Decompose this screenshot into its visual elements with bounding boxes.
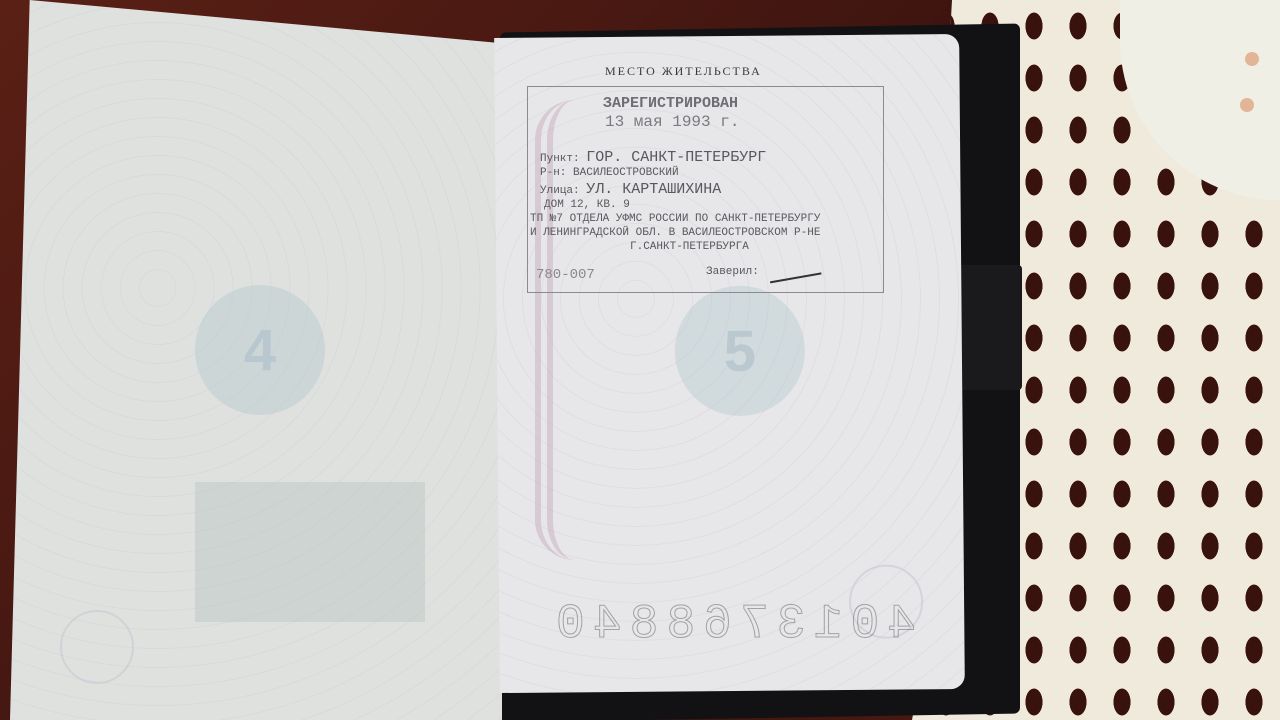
page-number-watermark: 4 [195, 285, 325, 415]
certified-label: Заверил: [706, 266, 759, 278]
stamp-label: Пункт: [540, 153, 580, 165]
doily-flower [1240, 98, 1254, 112]
stamp-street: УЛ. КАРТАШИХИНА [586, 181, 721, 198]
emblem-icon [60, 610, 134, 684]
stamp-label: Улица: [540, 185, 580, 197]
stamp-house: ДОМ 12, КВ. 9 [544, 199, 630, 211]
signature-mark [766, 253, 821, 284]
subdivision-code: 780-007 [536, 267, 595, 283]
stamp-authority-line: ТП №7 ОТДЕЛА УФМС РОССИИ ПО САНКТ-ПЕТЕРБ… [530, 213, 820, 225]
perforated-serial-number: 4013768840 [548, 598, 916, 652]
passport-left-page: 4 [10, 0, 502, 720]
photo-area-shadow [195, 482, 425, 622]
section-title: МЕСТО ЖИТЕЛЬСТВА [605, 64, 762, 79]
stamp-authority-line: И ЛЕНИНГРАДСКОЙ ОБЛ. В ВАСИЛЕОСТРОВСКОМ … [530, 227, 820, 239]
stamp-date: 13 мая 1993 г. [605, 113, 739, 131]
doily-flower [1245, 52, 1259, 66]
stamp-authority-line: Г.САНКТ-ПЕТЕРБУРГА [630, 241, 749, 253]
registration-stamp: ЗАРЕГИСТРИРОВАН 13 мая 1993 г. Пункт: ГО… [527, 86, 884, 293]
stamp-label: Р-н: [540, 167, 566, 179]
stamp-city: ГОР. САНКТ-ПЕТЕРБУРГ [586, 149, 766, 166]
page-number-watermark: 5 [674, 285, 805, 416]
stamp-header: ЗАРЕГИСТРИРОВАН [603, 95, 738, 112]
stamp-district: ВАСИЛЕОСТРОВСКИЙ [573, 167, 679, 179]
